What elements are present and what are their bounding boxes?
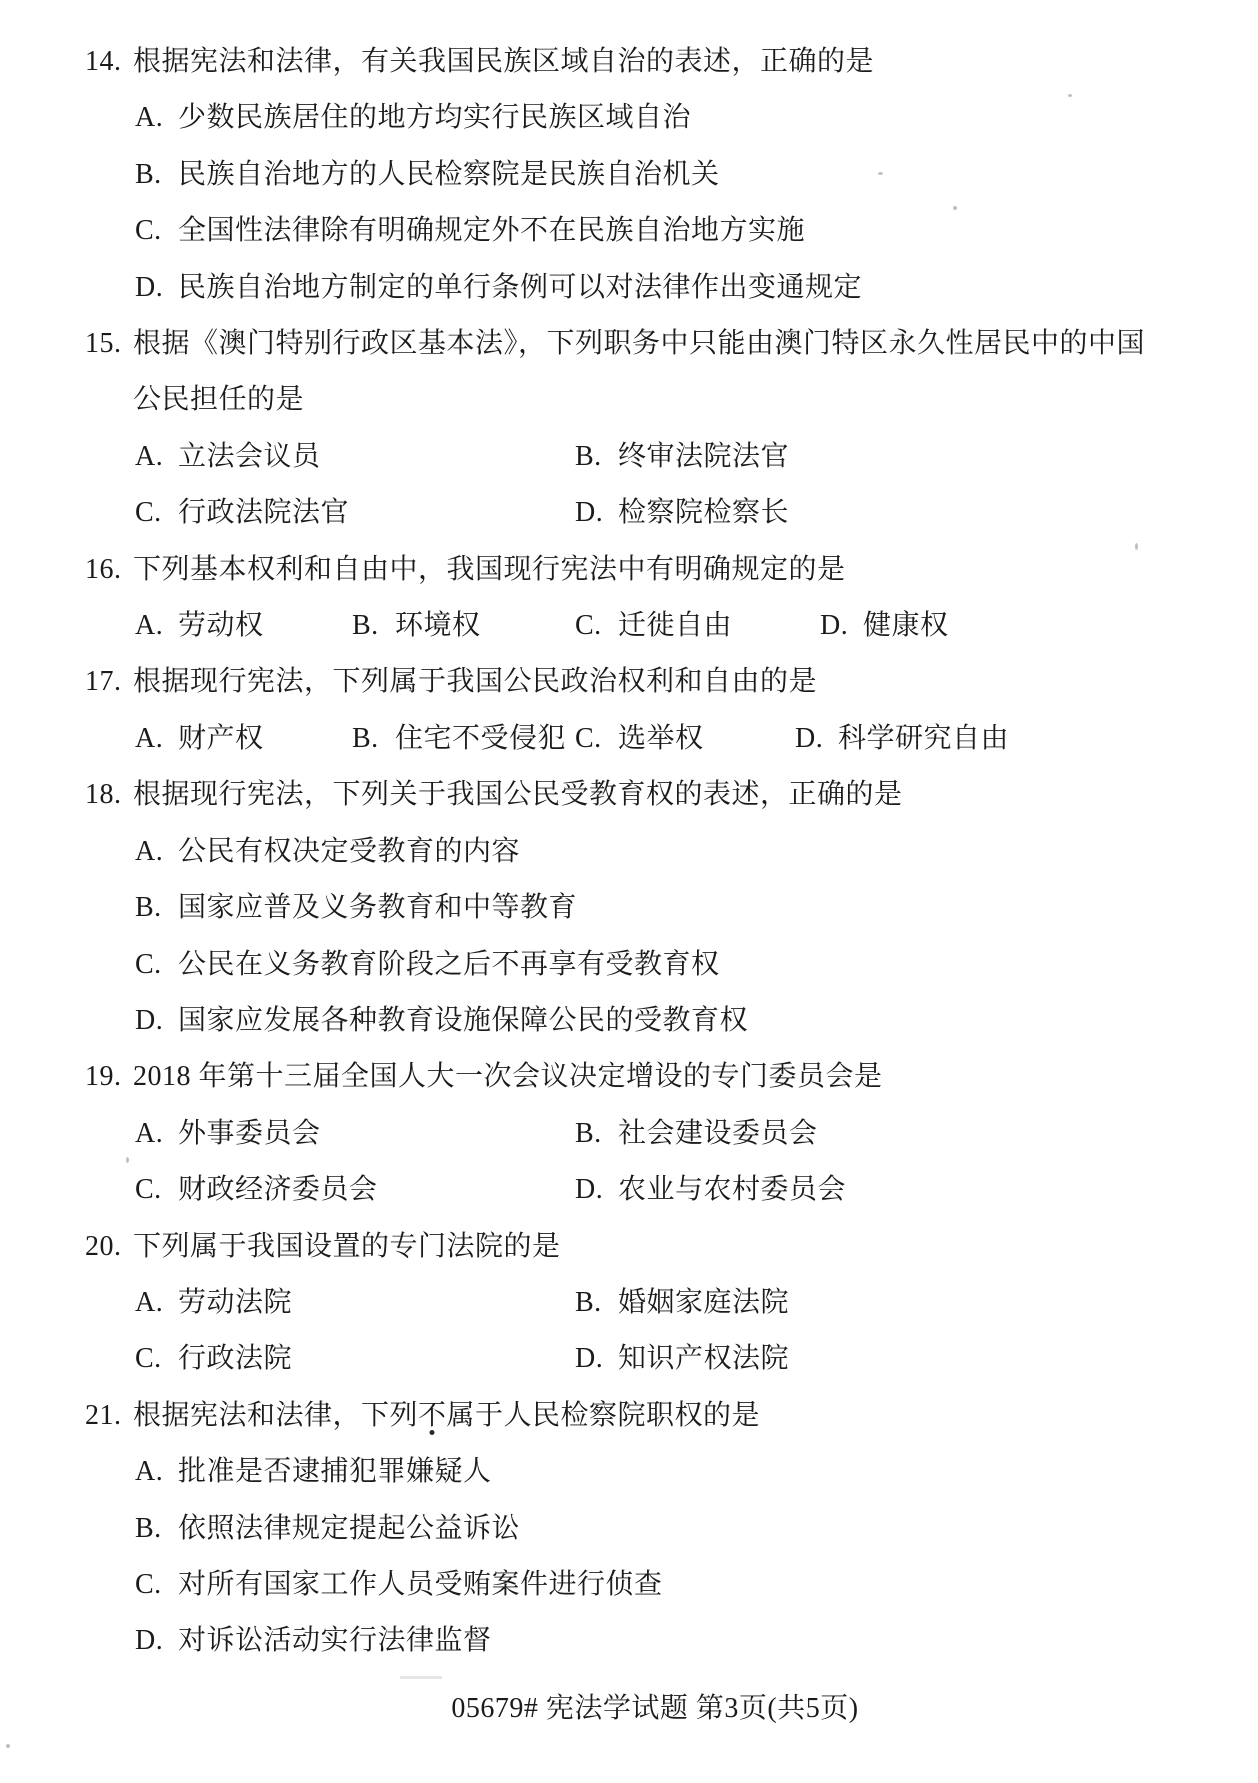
question-number: 16. xyxy=(85,542,133,598)
option: A.劳动权 xyxy=(135,598,352,654)
option-label: C. xyxy=(135,1557,178,1613)
question-block-15: 15. 根据《澳门特别行政区基本法》，下列职务中只能由澳门特区永久性居民中的中国… xyxy=(85,316,1195,542)
option-text: 民族自治地方的人民检察院是民族自治机关 xyxy=(178,147,720,203)
option-text: 劳动法院 xyxy=(178,1287,292,1318)
option: B.终审法院法官 xyxy=(575,429,1195,485)
question-number: 20. xyxy=(85,1219,133,1275)
option-label: D. xyxy=(135,993,178,1049)
question-stem: 2018 年第十三届全国人大一次会议决定增设的专门委员会是 xyxy=(133,1049,1173,1105)
question-stem: 根据宪法和法律，下列不属于人民检察院职权的是 xyxy=(133,1388,1173,1444)
option-label: D. xyxy=(135,1613,178,1669)
scan-speck xyxy=(953,206,957,210)
exam-content: 14. 根据宪法和法律，有关我国民族区域自治的表述，正确的是 A. 少数民族居住… xyxy=(85,0,1195,1737)
option: B. 依照法律规定提起公益诉讼 xyxy=(135,1501,1195,1557)
option-text: 财产权 xyxy=(178,723,264,754)
option-text: 财政经济委员会 xyxy=(178,1174,378,1205)
option-label: B. xyxy=(352,711,395,767)
option: D.科学研究自由 xyxy=(795,711,1195,767)
option-pair: A.立法会议员 B.终审法院法官 xyxy=(135,429,1195,485)
option-label: D. xyxy=(575,1331,618,1387)
question-block-19: 19. 2018 年第十三届全国人大一次会议决定增设的专门委员会是 A.外事委员… xyxy=(85,1049,1195,1218)
option-pair: A.劳动法院 B.婚姻家庭法院 xyxy=(135,1275,1195,1331)
option: B. 国家应普及义务教育和中等教育 xyxy=(135,880,1195,936)
option-text: 社会建设委员会 xyxy=(618,1118,818,1149)
option: B.婚姻家庭法院 xyxy=(575,1275,1195,1331)
option-label: B. xyxy=(575,1275,618,1331)
question-number: 19. xyxy=(85,1049,133,1105)
question-block-17: 17. 根据现行宪法，下列属于我国公民政治权利和自由的是 A.财产权 B.住宅不… xyxy=(85,654,1195,767)
option-text: 健康权 xyxy=(863,610,949,641)
option-text: 选举权 xyxy=(618,723,704,754)
question-block-14: 14. 根据宪法和法律，有关我国民族区域自治的表述，正确的是 A. 少数民族居住… xyxy=(85,34,1195,316)
question-stem: 下列属于我国设置的专门法院的是 xyxy=(133,1219,1173,1275)
stem-text-post: 属于人民检察院职权的是 xyxy=(447,1400,761,1431)
option: C. 公民在义务教育阶段之后不再享有受教育权 xyxy=(135,937,1195,993)
option: C. 对所有国家工作人员受贿案件进行侦查 xyxy=(135,1557,1195,1613)
question-stem: 根据现行宪法，下列关于我国公民受教育权的表述，正确的是 xyxy=(133,767,1173,823)
question-number: 17. xyxy=(85,654,133,710)
option-label: C. xyxy=(135,937,178,993)
question-stem: 下列基本权利和自由中，我国现行宪法中有明确规定的是 xyxy=(133,542,1173,598)
option: A. 公民有权决定受教育的内容 xyxy=(135,824,1195,880)
question-block-21: 21. 根据宪法和法律，下列不属于人民检察院职权的是 A. 批准是否逮捕犯罪嫌疑… xyxy=(85,1388,1195,1670)
option-text: 公民在义务教育阶段之后不再享有受教育权 xyxy=(178,937,720,993)
option-label: A. xyxy=(135,711,178,767)
option-text: 检察院检察长 xyxy=(618,497,789,528)
option-row: A.财产权 B.住宅不受侵犯 C.选举权 D.科学研究自由 xyxy=(135,711,1195,767)
option-label: B. xyxy=(135,880,178,936)
option: A.外事委员会 xyxy=(135,1106,575,1162)
question-number: 21. xyxy=(85,1388,133,1444)
question-number: 15. xyxy=(85,316,133,429)
option-text: 外事委员会 xyxy=(178,1118,321,1149)
option-label: B. xyxy=(575,1106,618,1162)
option: C.迁徙自由 xyxy=(575,598,820,654)
option-label: A. xyxy=(135,90,178,146)
option: C.财政经济委员会 xyxy=(135,1162,575,1218)
question-number: 18. xyxy=(85,767,133,823)
option-pair: C.行政法院 D.知识产权法院 xyxy=(135,1331,1195,1387)
option: D. 对诉讼活动实行法律监督 xyxy=(135,1613,1195,1669)
option-pair: C.行政法院法官 D.检察院检察长 xyxy=(135,485,1195,541)
option: D.农业与农村委员会 xyxy=(575,1162,1195,1218)
option-text: 全国性法律除有明确规定外不在民族自治地方实施 xyxy=(178,203,805,259)
scan-speck xyxy=(878,172,883,175)
option-text: 婚姻家庭法院 xyxy=(618,1287,789,1318)
option-label: B. xyxy=(352,598,395,654)
option-label: A. xyxy=(135,429,178,485)
option-label: B. xyxy=(135,147,178,203)
option: D.知识产权法院 xyxy=(575,1331,1195,1387)
option-text: 行政法院 xyxy=(178,1343,292,1374)
option: D. 民族自治地方制定的单行条例可以对法律作出变通规定 xyxy=(135,260,1195,316)
option-text: 终审法院法官 xyxy=(618,441,789,472)
question-stem: 根据现行宪法，下列属于我国公民政治权利和自由的是 xyxy=(133,654,1173,710)
option: B.住宅不受侵犯 xyxy=(352,711,575,767)
option-text: 国家应普及义务教育和中等教育 xyxy=(178,880,577,936)
option: A. 少数民族居住的地方均实行民族区域自治 xyxy=(135,90,1195,146)
page-footer: 05679# 宪法学试题 第3页(共5页) xyxy=(451,1693,858,1724)
option-label: C. xyxy=(575,711,618,767)
question-block-16: 16. 下列基本权利和自由中，我国现行宪法中有明确规定的是 A.劳动权 B.环境… xyxy=(85,542,1195,655)
option: C.行政法院法官 xyxy=(135,485,575,541)
scan-speck xyxy=(1135,543,1138,550)
option-label: D. xyxy=(575,1162,618,1218)
option: B. 民族自治地方的人民检察院是民族自治机关 xyxy=(135,147,1195,203)
option-label: C. xyxy=(575,598,618,654)
option: D.健康权 xyxy=(820,598,1195,654)
option-text: 少数民族居住的地方均实行民族区域自治 xyxy=(178,90,691,146)
option-text: 民族自治地方制定的单行条例可以对法律作出变通规定 xyxy=(178,260,862,316)
option: C.选举权 xyxy=(575,711,795,767)
page-footer-row: 05679# 宪法学试题 第3页(共5页) xyxy=(85,1681,1225,1737)
question-block-18: 18. 根据现行宪法，下列关于我国公民受教育权的表述，正确的是 A. 公民有权决… xyxy=(85,767,1195,1049)
scan-speck xyxy=(126,1157,129,1163)
option-pair: A.外事委员会 B.社会建设委员会 xyxy=(135,1106,1195,1162)
option-label: A. xyxy=(135,598,178,654)
option-text: 住宅不受侵犯 xyxy=(395,723,566,754)
option: A.财产权 xyxy=(135,711,352,767)
emphasized-char: 不 xyxy=(418,1400,447,1431)
option-text: 知识产权法院 xyxy=(618,1343,789,1374)
option: B.环境权 xyxy=(352,598,575,654)
option-label: A. xyxy=(135,1275,178,1331)
option-label: C. xyxy=(135,1331,178,1387)
option-label: A. xyxy=(135,1106,178,1162)
option: D.检察院检察长 xyxy=(575,485,1195,541)
option: C. 全国性法律除有明确规定外不在民族自治地方实施 xyxy=(135,203,1195,259)
option-label: C. xyxy=(135,485,178,541)
scan-streak xyxy=(400,1676,442,1679)
option-label: B. xyxy=(575,429,618,485)
option: B.社会建设委员会 xyxy=(575,1106,1195,1162)
option-text: 行政法院法官 xyxy=(178,497,349,528)
option-text: 对所有国家工作人员受贿案件进行侦查 xyxy=(178,1557,663,1613)
stem-text-pre: 根据宪法和法律，下列 xyxy=(133,1400,418,1431)
option-label: C. xyxy=(135,203,178,259)
question-stem: 根据宪法和法律，有关我国民族区域自治的表述，正确的是 xyxy=(133,34,1173,90)
option-label: B. xyxy=(135,1501,178,1557)
option-text: 科学研究自由 xyxy=(838,723,1009,754)
question-block-20: 20. 下列属于我国设置的专门法院的是 A.劳动法院 B.婚姻家庭法院 C.行政… xyxy=(85,1219,1195,1388)
option: A.立法会议员 xyxy=(135,429,575,485)
question-number: 14. xyxy=(85,34,133,90)
option-text: 环境权 xyxy=(395,610,481,641)
option-label: D. xyxy=(820,598,863,654)
option-label: D. xyxy=(575,485,618,541)
option: A.劳动法院 xyxy=(135,1275,575,1331)
option: C.行政法院 xyxy=(135,1331,575,1387)
exam-page: 14. 根据宪法和法律，有关我国民族区域自治的表述，正确的是 A. 少数民族居住… xyxy=(0,0,1258,1783)
option-text: 公民有权决定受教育的内容 xyxy=(178,824,520,880)
option-label: C. xyxy=(135,1162,178,1218)
scan-speck xyxy=(1068,94,1072,97)
option-text: 依照法律规定提起公益诉讼 xyxy=(178,1501,520,1557)
option-text: 国家应发展各种教育设施保障公民的受教育权 xyxy=(178,993,748,1049)
option: D. 国家应发展各种教育设施保障公民的受教育权 xyxy=(135,993,1195,1049)
option-pair: C.财政经济委员会 D.农业与农村委员会 xyxy=(135,1162,1195,1218)
question-stem: 根据《澳门特别行政区基本法》，下列职务中只能由澳门特区永久性居民中的中国公民担任… xyxy=(133,316,1173,429)
option-label: A. xyxy=(135,1444,178,1500)
option-text: 批准是否逮捕犯罪嫌疑人 xyxy=(178,1444,492,1500)
option: A. 批准是否逮捕犯罪嫌疑人 xyxy=(135,1444,1195,1500)
option-row: A.劳动权 B.环境权 C.迁徙自由 D.健康权 xyxy=(135,598,1195,654)
option-label: A. xyxy=(135,824,178,880)
option-text: 劳动权 xyxy=(178,610,264,641)
scan-speck xyxy=(6,1744,10,1748)
option-text: 迁徙自由 xyxy=(618,610,732,641)
option-label: D. xyxy=(135,260,178,316)
option-label: D. xyxy=(795,711,838,767)
option-text: 立法会议员 xyxy=(178,441,321,472)
option-text: 对诉讼活动实行法律监督 xyxy=(178,1613,492,1669)
option-text: 农业与农村委员会 xyxy=(618,1174,846,1205)
